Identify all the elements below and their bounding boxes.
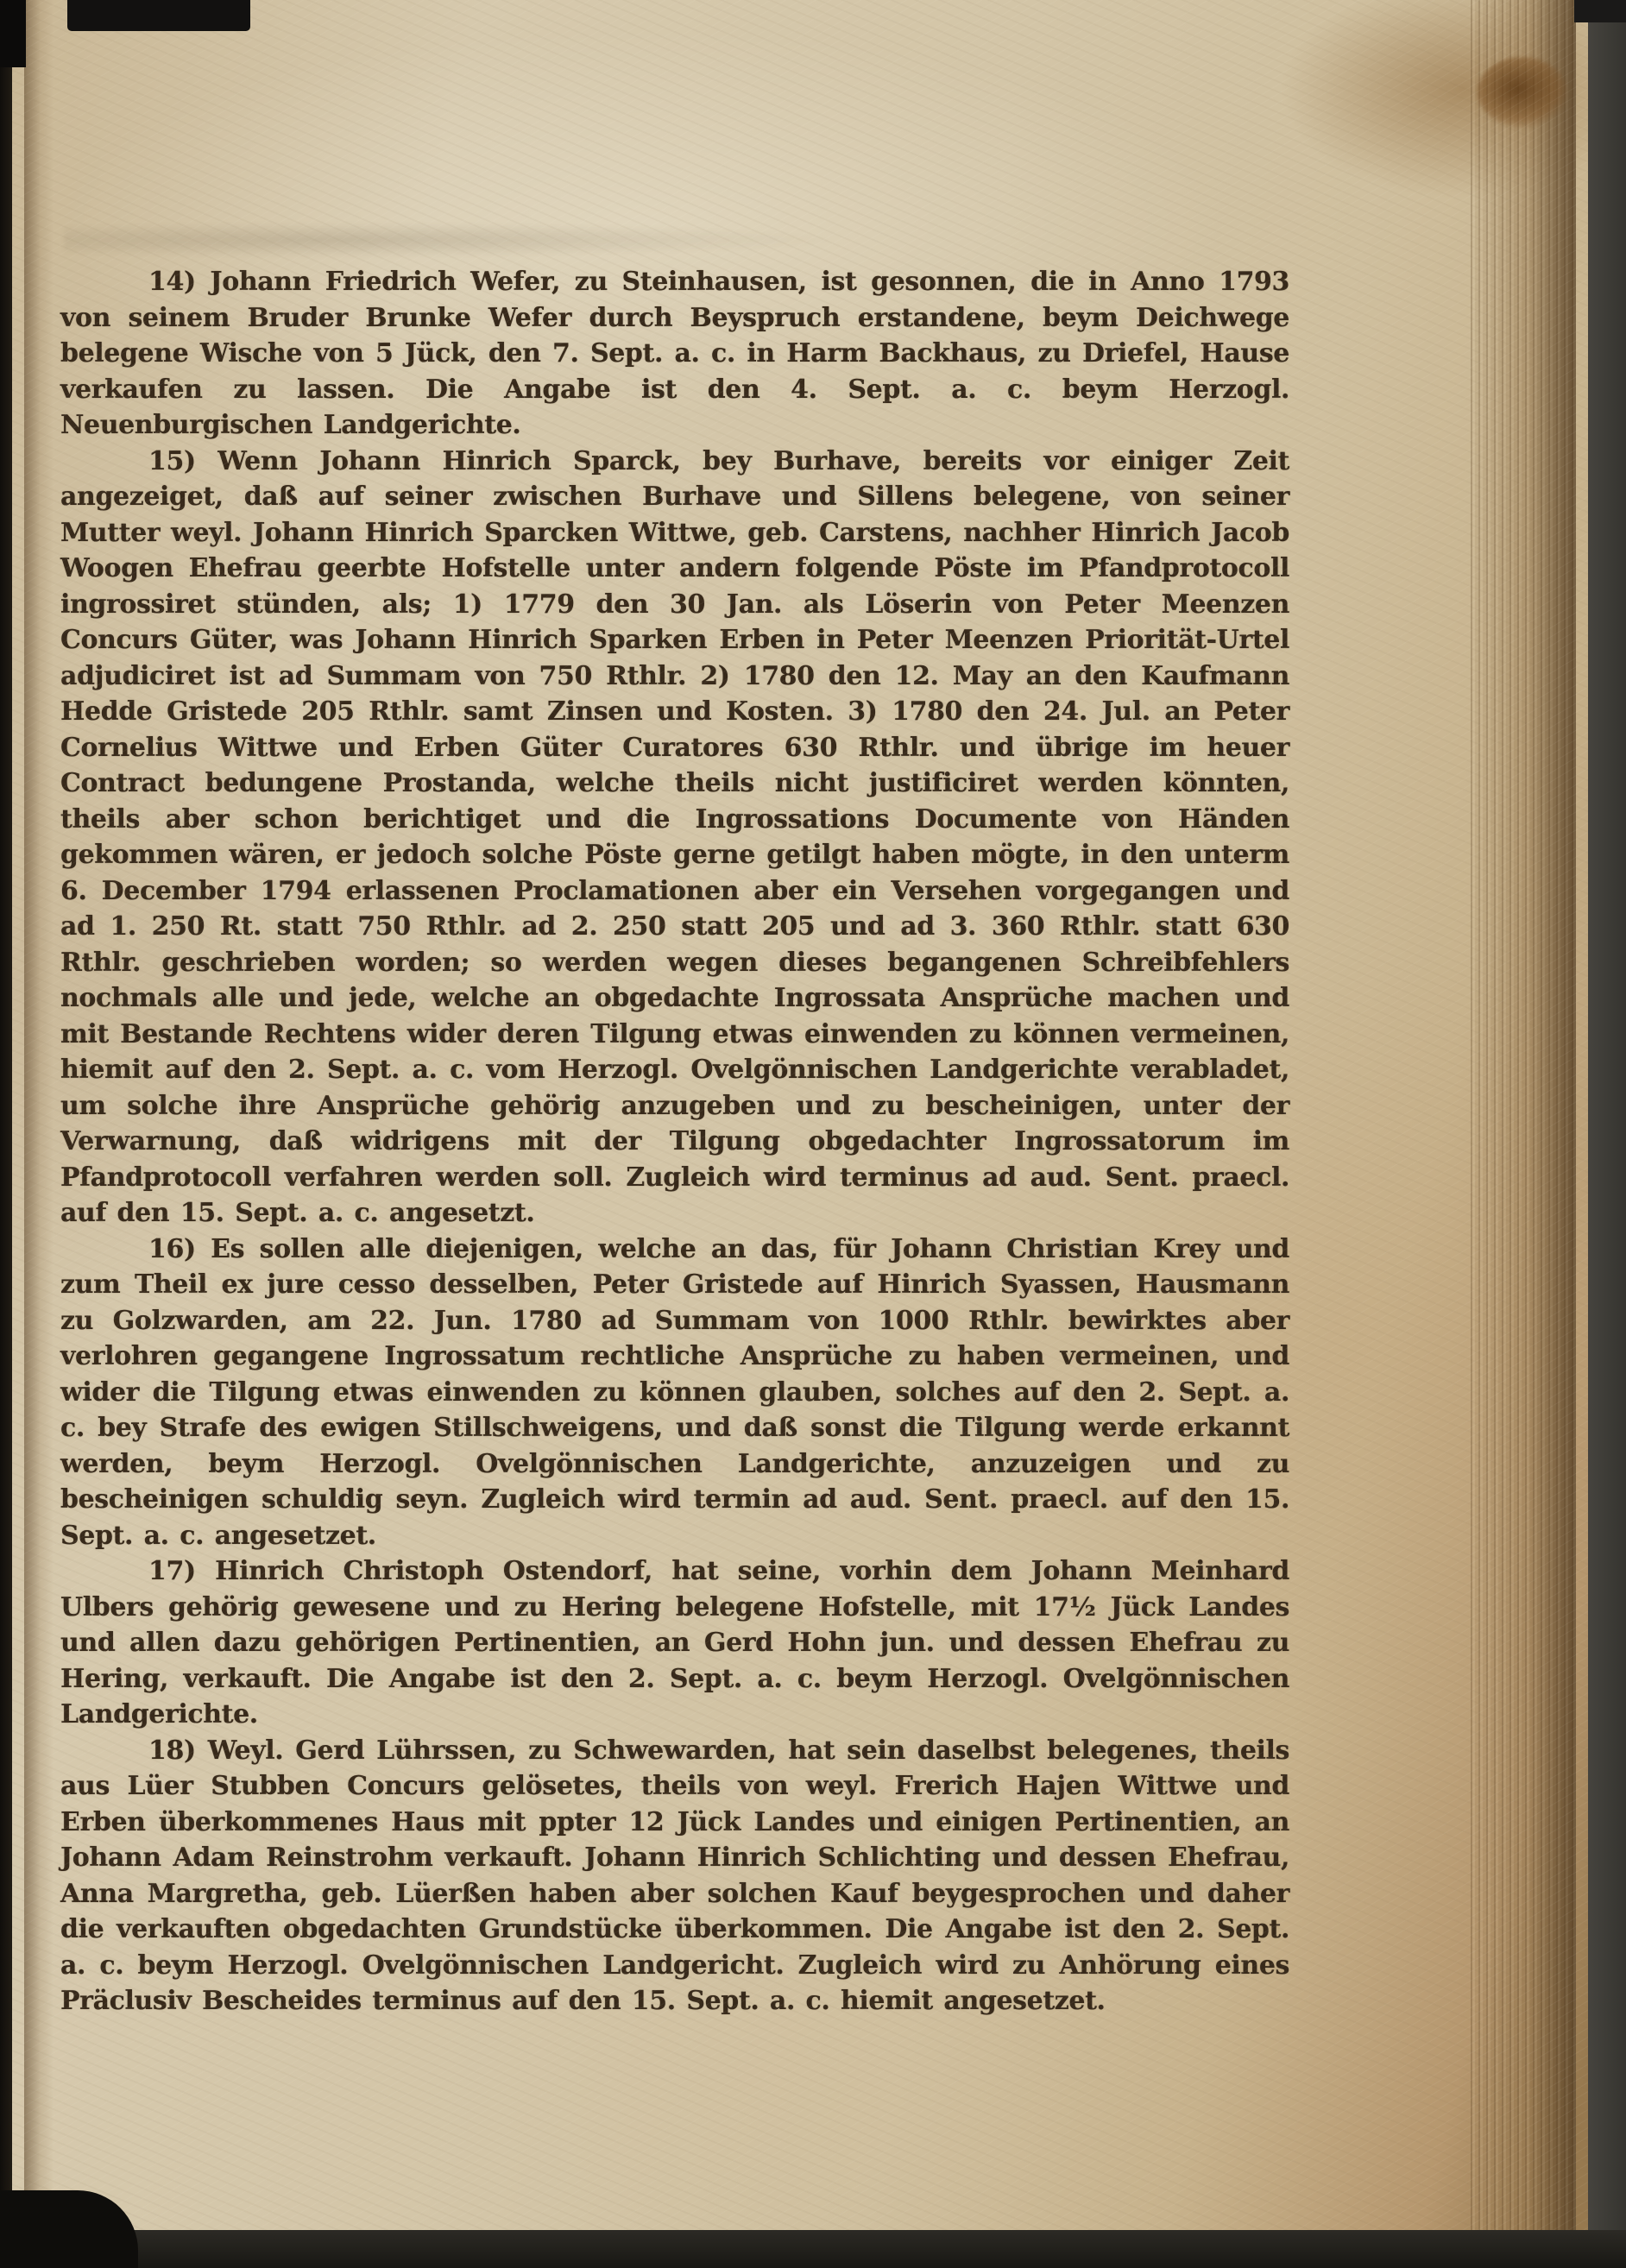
scanner-mark-top-left bbox=[67, 0, 250, 31]
page-edge-left bbox=[24, 0, 54, 2237]
paragraph-17: 17) Hinrich Christoph Ostendorf, hat sei… bbox=[60, 1553, 1289, 1733]
paragraph-15: 15) Wenn Johann Hinrich Sparck, bey Burh… bbox=[60, 444, 1289, 1232]
paragraph-14: 14) Johann Friedrich Wefer, zu Steinhaus… bbox=[60, 264, 1289, 444]
scanner-mark-left-edge bbox=[0, 0, 26, 67]
paper-stain bbox=[1478, 57, 1567, 128]
paragraph-18: 18) Weyl. Gerd Lührssen, zu Schwewarden,… bbox=[60, 1733, 1289, 2019]
page-text-block: 14) Johann Friedrich Wefer, zu Steinhaus… bbox=[60, 264, 1289, 2019]
scanned-page-photo: 14) Johann Friedrich Wefer, zu Steinhaus… bbox=[0, 0, 1626, 2268]
scan-background-bottom bbox=[0, 2230, 1626, 2268]
scanner-mark-top-right bbox=[1574, 0, 1626, 22]
paragraph-16: 16) Es sollen alle diejenigen, welche an… bbox=[60, 1232, 1289, 1554]
scan-background-right bbox=[1586, 0, 1626, 2268]
book-page: 14) Johann Friedrich Wefer, zu Steinhaus… bbox=[12, 0, 1588, 2237]
ink-ghost-smudge bbox=[64, 223, 841, 257]
page-edges-gutter bbox=[1471, 0, 1576, 2237]
